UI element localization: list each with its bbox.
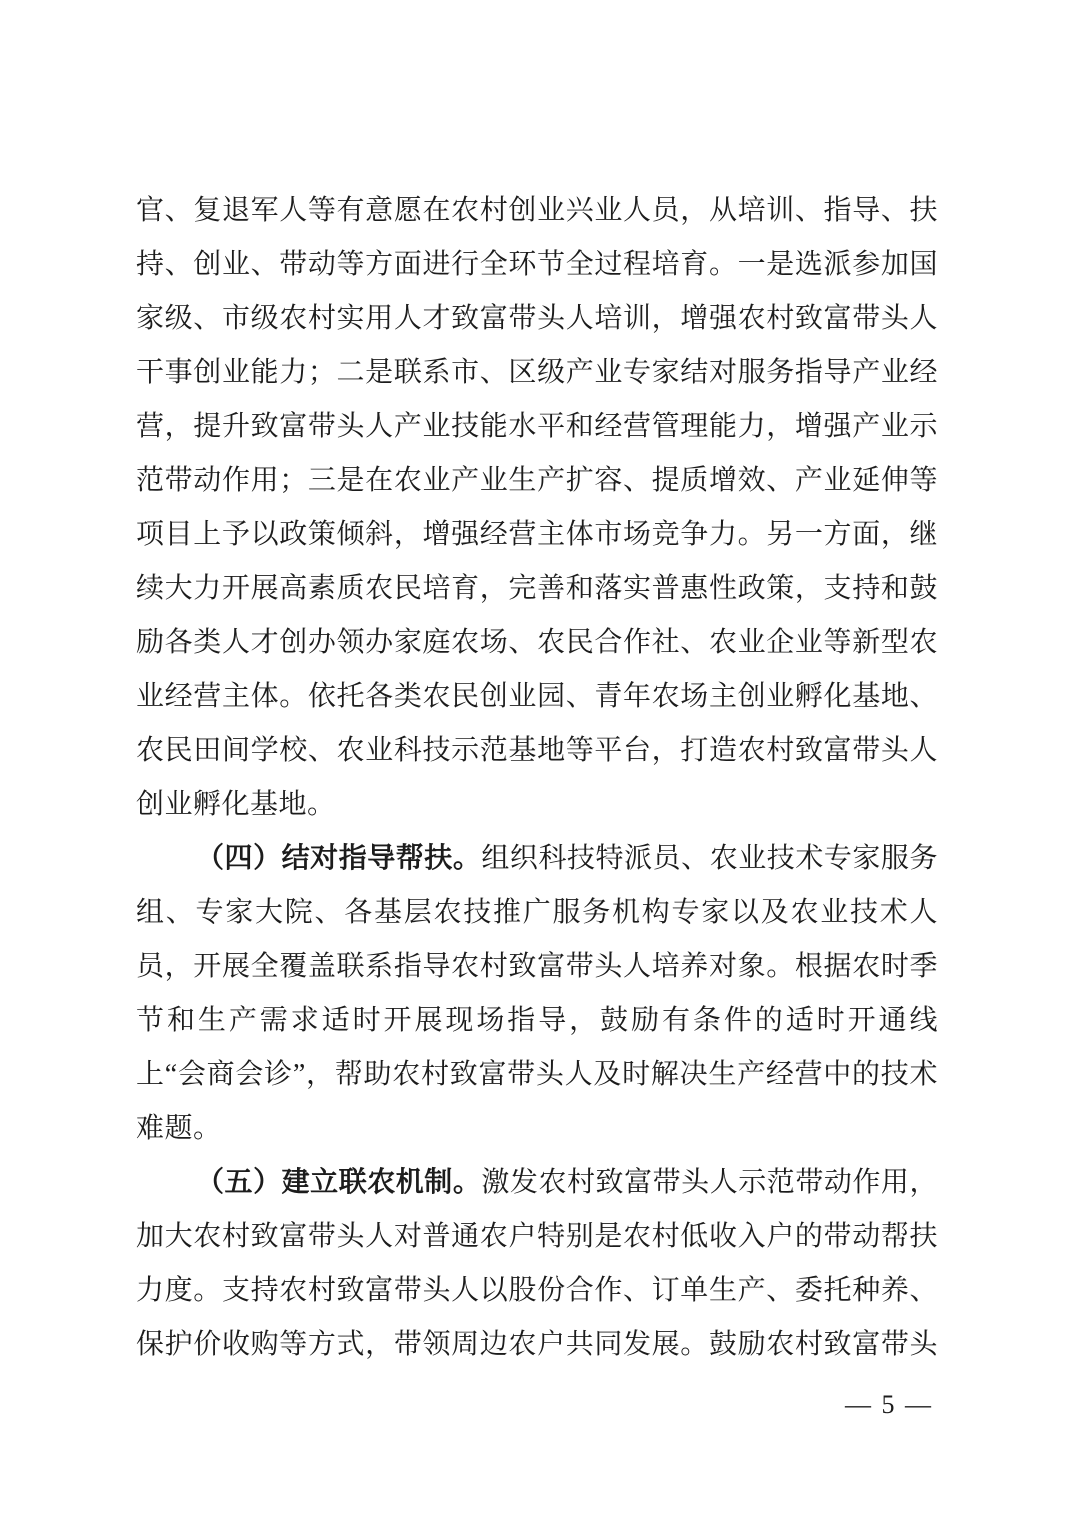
paragraph-item-5: （五）建立联农机制。激发农村致富带头人示范带动作用，加大农村致富带头人对普通农户… [136,1156,938,1372]
paragraph-heading-5: （五）建立联农机制。 [196,1167,481,1198]
paragraph-continuation: 官、复退军人等有意愿在农村创业兴业人员，从培训、指导、扶持、创业、带动等方面进行… [136,184,938,832]
page-number: — 5 — [845,1390,933,1420]
document-page: 官、复退军人等有意愿在农村创业兴业人员，从培训、指导、扶持、创业、带动等方面进行… [0,0,1074,1520]
paragraph-item-4: （四）结对指导帮扶。组织科技特派员、农业技术专家服务组、专家大院、各基层农技推广… [136,832,938,1156]
document-body: 官、复退军人等有意愿在农村创业兴业人员，从培训、指导、扶持、创业、带动等方面进行… [136,184,938,1372]
paragraph-text: 组织科技特派员、农业技术专家服务组、专家大院、各基层农技推广服务机构专家以及农业… [136,843,938,1144]
paragraph-text: 官、复退军人等有意愿在农村创业兴业人员，从培训、指导、扶持、创业、带动等方面进行… [136,195,938,820]
paragraph-heading-4: （四）结对指导帮扶。 [196,843,481,874]
